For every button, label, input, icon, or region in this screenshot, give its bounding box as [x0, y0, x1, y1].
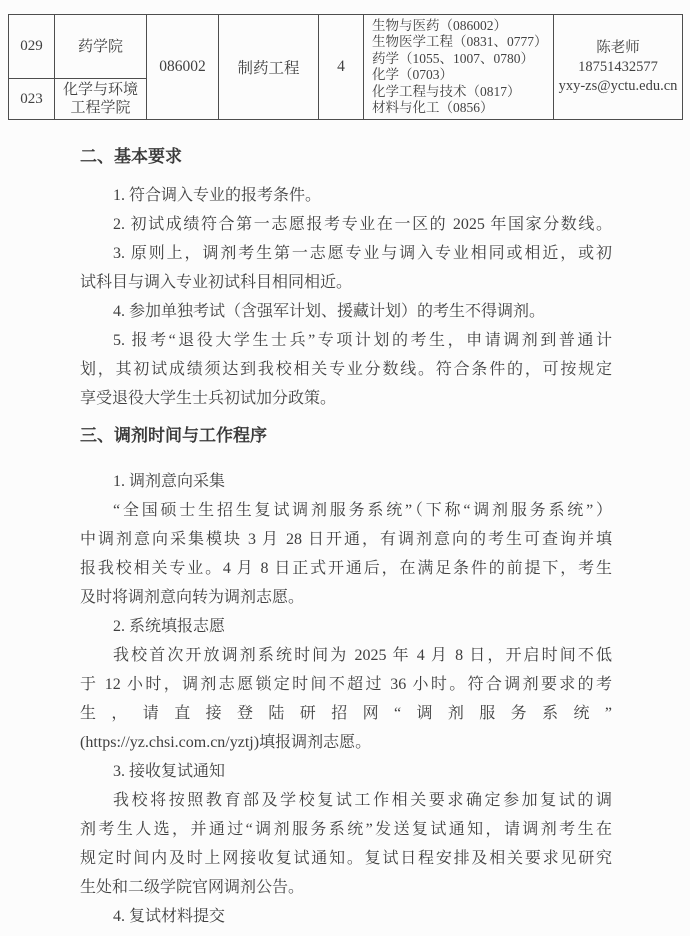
section-heading-basic: 二、基本要求	[80, 146, 612, 168]
text-line: 享受退役大学生士兵初试加分政策。	[80, 384, 612, 413]
text-line: 5. 报考“退役大学生士兵”专项计划的考生，申请调剂到普通计	[80, 326, 612, 355]
program-item: 材料与化工（0856）	[372, 100, 551, 117]
text-line-url: (https://yz.chsi.com.cn/yztj)填报调剂志愿。	[80, 728, 612, 757]
text-line: 报我校相关专业。4 月 8 日正式开通后，在满足条件的前提下，考生	[80, 554, 612, 583]
programs-cell: 生物与医药（086002） 生物医学工程（0831、0777） 药学（1055、…	[364, 15, 554, 120]
text-line: 划，其初试成绩须达到我校相关专业分数线。符合条件的，可按规定	[80, 355, 612, 384]
unit-code-cell: 023	[9, 79, 55, 120]
document-page: 029 药学院 086002 制药工程 4 生物与医药（086002） 生物医学…	[0, 0, 690, 936]
text-line: 3. 原则上，调剂考生第一志愿专业与调入专业相同或相近，或初	[80, 239, 612, 268]
program-item: 化学工程与技术（0817）	[372, 84, 551, 101]
program-item: 生物与医药（086002）	[372, 18, 551, 35]
major-name-cell: 制药工程	[219, 15, 319, 120]
section-schedule-body: 1. 调剂意向采集 “全国硕士生招生复试调剂服务系统”（下称“调剂服务系统”） …	[0, 467, 690, 931]
text-line: 2. 系统填报志愿	[80, 612, 612, 641]
text-line: 中调剂意向采集模块 3 月 28 日开通，有调剂意向的考生可查询并填	[80, 525, 612, 554]
text-line: 4. 参加单独考试（含强军计划、援藏计划）的考生不得调剂。	[80, 297, 612, 326]
text-line: 于 12 小时，调剂志愿锁定时间不超过 36 小时。符合调剂要求的考	[80, 670, 612, 699]
unit-code-cell: 029	[9, 15, 55, 79]
text-line: 生，请直接登陆研招网“调剂服务系统”	[80, 699, 612, 728]
text-line: 2. 初试成绩符合第一志愿报考专业在一区的 2025 年国家分数线。	[80, 210, 612, 239]
text-line: 及时将调剂意向转为调剂志愿。	[80, 583, 612, 612]
program-item: 药学（1055、1007、0780）	[372, 51, 551, 68]
text-line: 4. 复试材料提交	[80, 902, 612, 931]
contact-phone: 18751432577	[556, 58, 680, 77]
text-line: “全国硕士生招生复试调剂服务系统”（下称“调剂服务系统”）	[80, 496, 612, 525]
text-line: 剂考生人选，并通过“调剂服务系统”发送复试通知，请调剂考生在	[80, 815, 612, 844]
text-line: 我校首次开放调剂系统时间为 2025 年 4 月 8 日，开启时间不低	[80, 641, 612, 670]
text-line: 我校将按照教育部及学校复试工作相关要求确定参加复试的调	[80, 786, 612, 815]
text-line: 1. 调剂意向采集	[80, 467, 612, 496]
table-row: 029 药学院 086002 制药工程 4 生物与医药（086002） 生物医学…	[9, 15, 683, 79]
program-item: 化学（0703）	[372, 67, 551, 84]
section-basic-body: 1. 符合调入专业的报考条件。 2. 初试成绩符合第一志愿报考专业在一区的 20…	[0, 181, 690, 413]
text-line: 1. 符合调入专业的报考条件。	[80, 181, 612, 210]
college-name-cell: 药学院	[55, 15, 147, 79]
contact-cell: 陈老师 18751432577 yxy-zs@yctu.edu.cn	[554, 15, 683, 120]
contact-email: yxy-zs@yctu.edu.cn	[556, 77, 680, 96]
text-line: 试科目与调入专业初试科目相同相近。	[80, 268, 612, 297]
contact-name: 陈老师	[556, 39, 680, 58]
text-line: 生处和二级学院官网调剂公告。	[80, 873, 612, 902]
adjustment-info-table: 029 药学院 086002 制药工程 4 生物与医药（086002） 生物医学…	[8, 14, 683, 120]
text-line: 规定时间内及时上网接收复试通知。复试日程安排及相关要求见研究	[80, 844, 612, 873]
college-name-cell: 化学与环境工程学院	[55, 79, 147, 120]
program-item: 生物医学工程（0831、0777）	[372, 34, 551, 51]
section-heading-schedule: 三、调剂时间与工作程序	[80, 425, 612, 447]
major-code-cell: 086002	[147, 15, 219, 120]
text-line: 3. 接收复试通知	[80, 757, 612, 786]
quota-cell: 4	[319, 15, 364, 120]
